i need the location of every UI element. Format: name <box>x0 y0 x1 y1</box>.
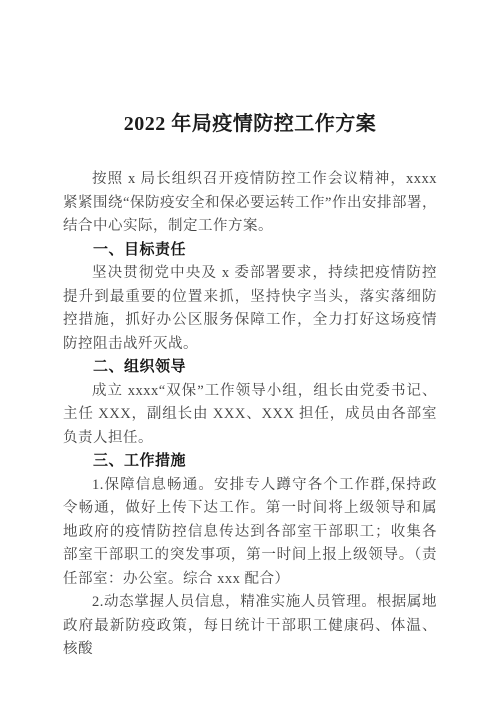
document-title: 2022 年局疫情防控工作方案 <box>63 110 437 138</box>
intro-paragraph: 按照 x 局长组织召开疫情防控工作会议精神，xxxx 紧紧围绕“保防疫安全和保必… <box>63 168 437 239</box>
section-1-heading: 一、目标责任 <box>63 239 437 263</box>
section-2-heading: 二、组织领导 <box>63 356 437 380</box>
document-page: 2022 年局疫情防控工作方案 按照 x 局长组织召开疫情防控工作会议精神，xx… <box>0 0 500 708</box>
section-3-paragraph-1: 1.保障信息畅通。安排专人蹲守各个工作群,保持政令畅通，做好上传下达工作。第一时… <box>63 474 437 592</box>
section-3-paragraph-2: 2.动态掌握人员信息，精准实施人员管理。根据属地政府最新防疫政策，每日统计干部职… <box>63 591 437 662</box>
section-1-paragraph: 坚决贯彻党中央及 x 委部署要求，持续把疫情防控提升到最重要的位置来抓，坚持快字… <box>63 262 437 356</box>
section-2-paragraph: 成立 xxxx“双保”工作领导小组，组长由党委书记、主任 XXX，副组长由 XX… <box>63 380 437 451</box>
section-3-heading: 三、工作措施 <box>63 450 437 474</box>
